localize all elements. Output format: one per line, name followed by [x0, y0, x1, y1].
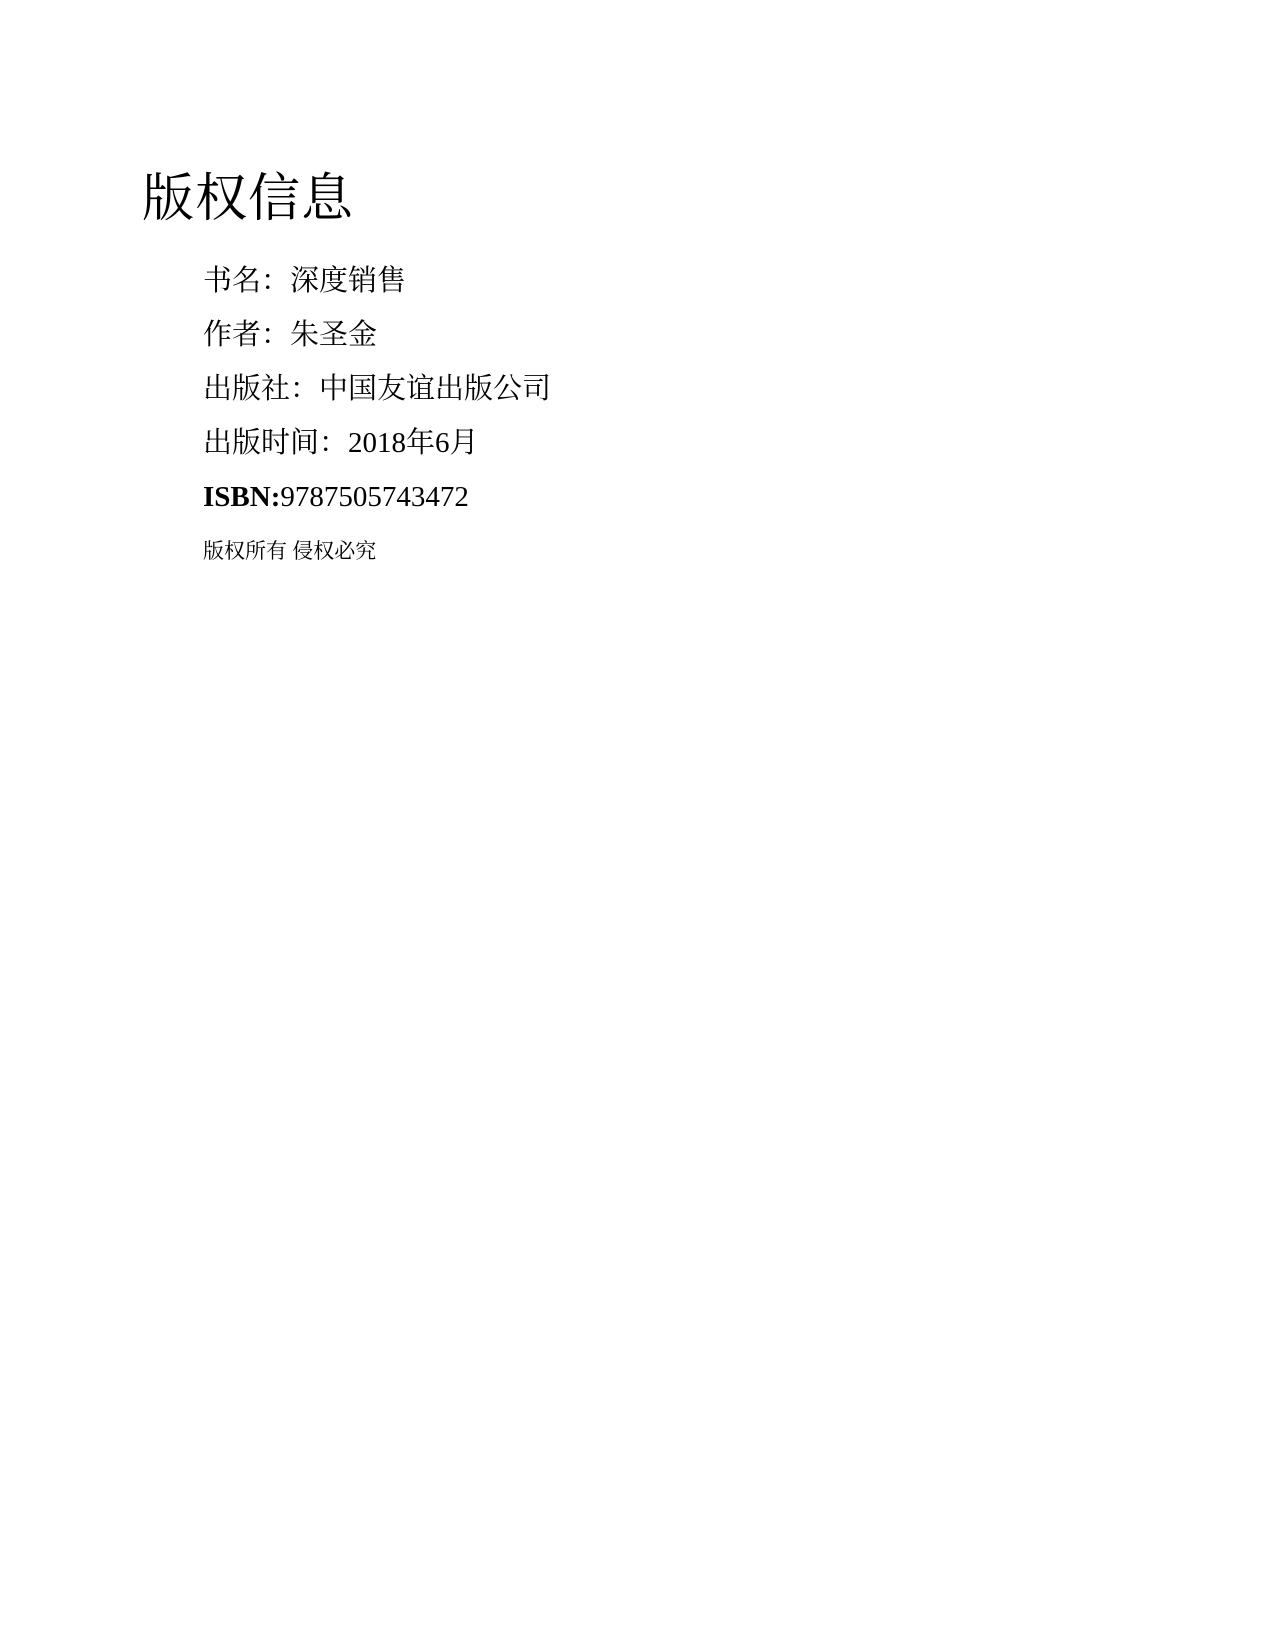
author-value: 朱圣金	[290, 319, 377, 351]
publish-date-label: 出版时间：	[203, 427, 348, 459]
publisher-line: 出版社：中国友谊出版公司	[203, 362, 551, 416]
isbn-line: ISBN:9787505743472	[203, 470, 551, 524]
publish-date-line: 出版时间：2018年6月	[203, 416, 551, 470]
book-title-value: 深度销售	[290, 265, 406, 297]
book-title-label: 书名：	[203, 265, 290, 297]
copyright-info-list: 书名：深度销售 作者：朱圣金 出版社：中国友谊出版公司 出版时间：2018年6月…	[203, 254, 551, 578]
isbn-value: 9787505743472	[280, 481, 469, 513]
rights-notice: 版权所有 侵权必究	[203, 524, 551, 578]
author-line: 作者：朱圣金	[203, 308, 551, 362]
book-title-line: 书名：深度销售	[203, 254, 551, 308]
page-title: 版权信息	[142, 170, 354, 230]
publisher-value: 中国友谊出版公司	[319, 373, 551, 405]
isbn-label: ISBN:	[203, 481, 280, 513]
publisher-label: 出版社：	[203, 373, 319, 405]
author-label: 作者：	[203, 319, 290, 351]
publish-date-value: 2018年6月	[348, 427, 479, 459]
